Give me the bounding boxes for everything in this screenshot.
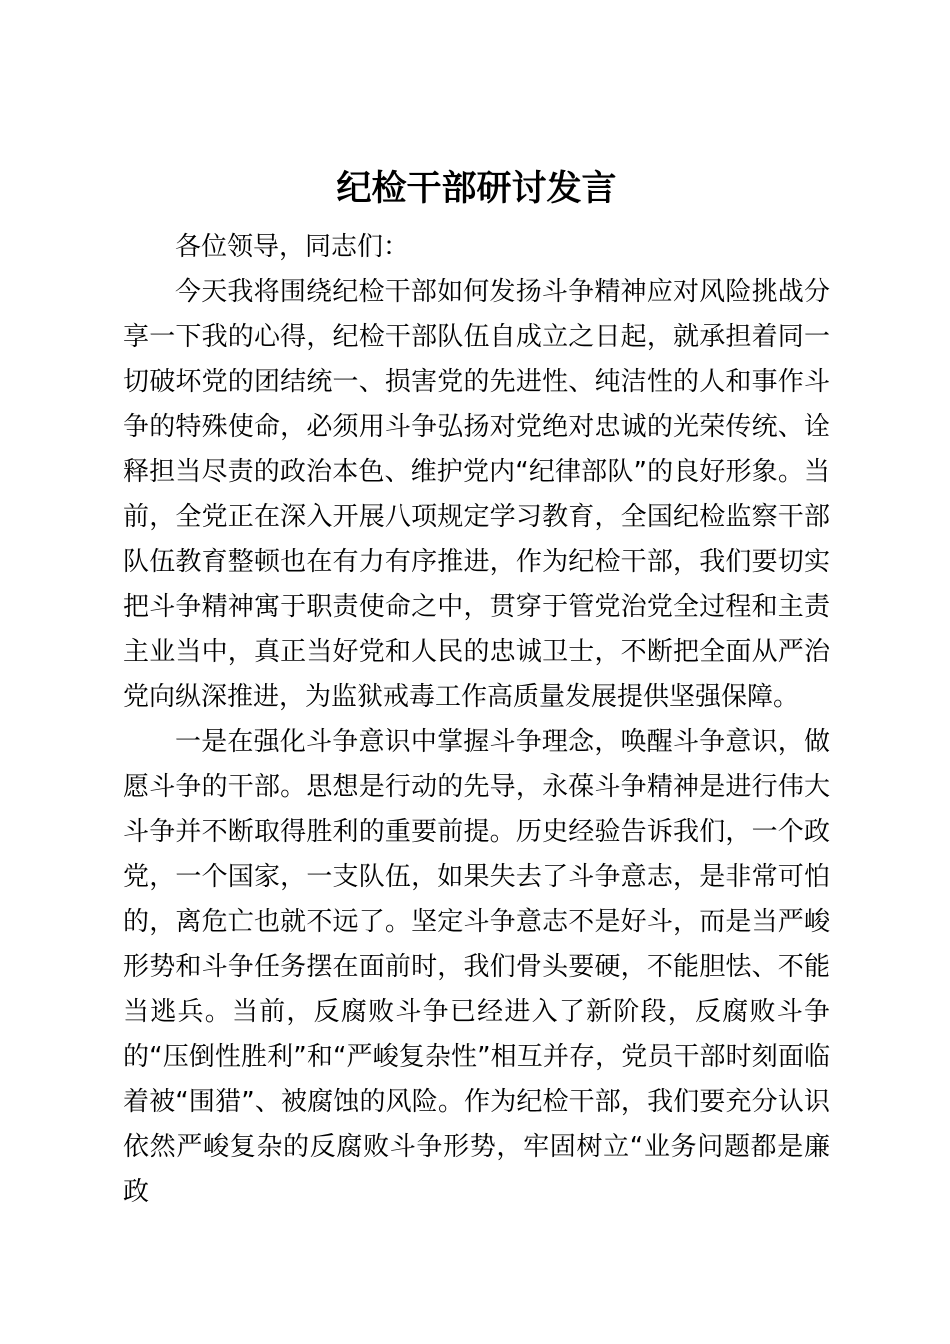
point-one-paragraph: 一是在强化斗争意识中掌握斗争理念，唤醒斗争意识，做愿斗争的干部。思想是行动的先导… xyxy=(123,720,830,1215)
salutation-paragraph: 各位领导，同志们： xyxy=(123,225,830,270)
document-title: 纪检干部研讨发言 xyxy=(123,163,830,215)
document-page: 纪检干部研讨发言 各位领导，同志们： 今天我将围绕纪检干部如何发扬斗争精神应对风… xyxy=(0,0,950,1344)
intro-paragraph: 今天我将围绕纪检干部如何发扬斗争精神应对风险挑战分享一下我的心得，纪检干部队伍自… xyxy=(123,270,830,720)
